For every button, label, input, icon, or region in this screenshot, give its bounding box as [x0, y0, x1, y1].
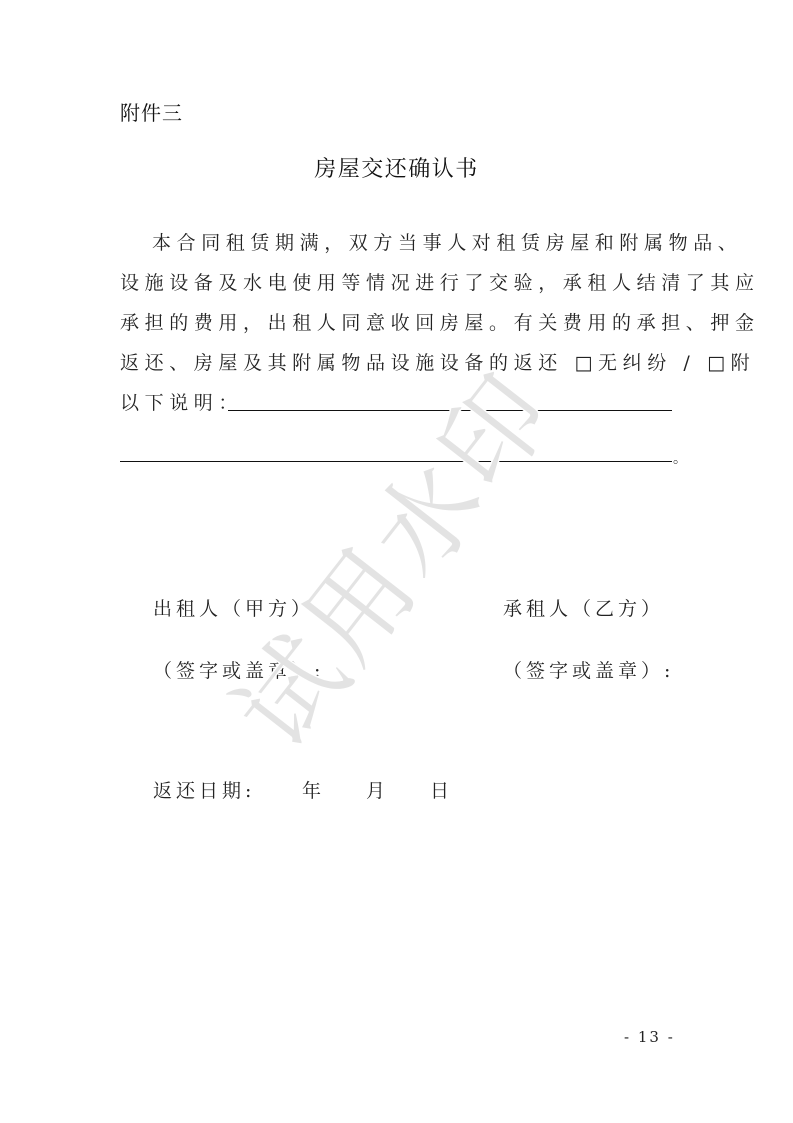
document-title-text: 房屋交还确认书: [314, 157, 479, 182]
body-line-1: 本合同租赁期满，双方当事人对租赁房屋和附属物品、: [152, 231, 742, 255]
lessee-sign-field[interactable]: （签字或盖章）:: [503, 656, 674, 683]
document-page: 附件三 房屋交还确认书 本合同租赁期满，双方当事人对租赁房屋和附属物品、 设施设…: [0, 0, 793, 1123]
return-date-day[interactable]: 日: [430, 776, 453, 803]
explanation-line-2[interactable]: [120, 461, 672, 462]
body-line-5: 以下说明：: [120, 391, 243, 415]
annex-label: 附件三: [120, 97, 183, 126]
body-line-3: 承担的费用，出租人同意收回房屋。有关费用的承担、押金: [120, 311, 760, 335]
lessee-label: 承租人（乙方）: [503, 594, 664, 621]
return-date-month[interactable]: 月: [366, 776, 389, 803]
end-punctuation: 。: [673, 448, 687, 468]
return-date-label: 返还日期:: [153, 776, 255, 803]
document-title: 房屋交还确认书: [0, 152, 793, 183]
body-line-4: 返还、房屋及其附属物品设施设备的返还 □无纠纷 / □附: [120, 351, 755, 375]
lessor-label: 出租人（甲方）: [153, 594, 314, 621]
explanation-line-1[interactable]: [228, 410, 672, 411]
body-line-2: 设施设备及水电使用等情况进行了交验，承租人结清了其应: [120, 271, 760, 295]
watermark-text: 试用水印: [200, 334, 590, 786]
lessor-sign-field[interactable]: （签字或盖章）:: [153, 656, 324, 683]
page-number: - 13 -: [624, 1028, 675, 1046]
return-date-year[interactable]: 年: [302, 776, 325, 803]
